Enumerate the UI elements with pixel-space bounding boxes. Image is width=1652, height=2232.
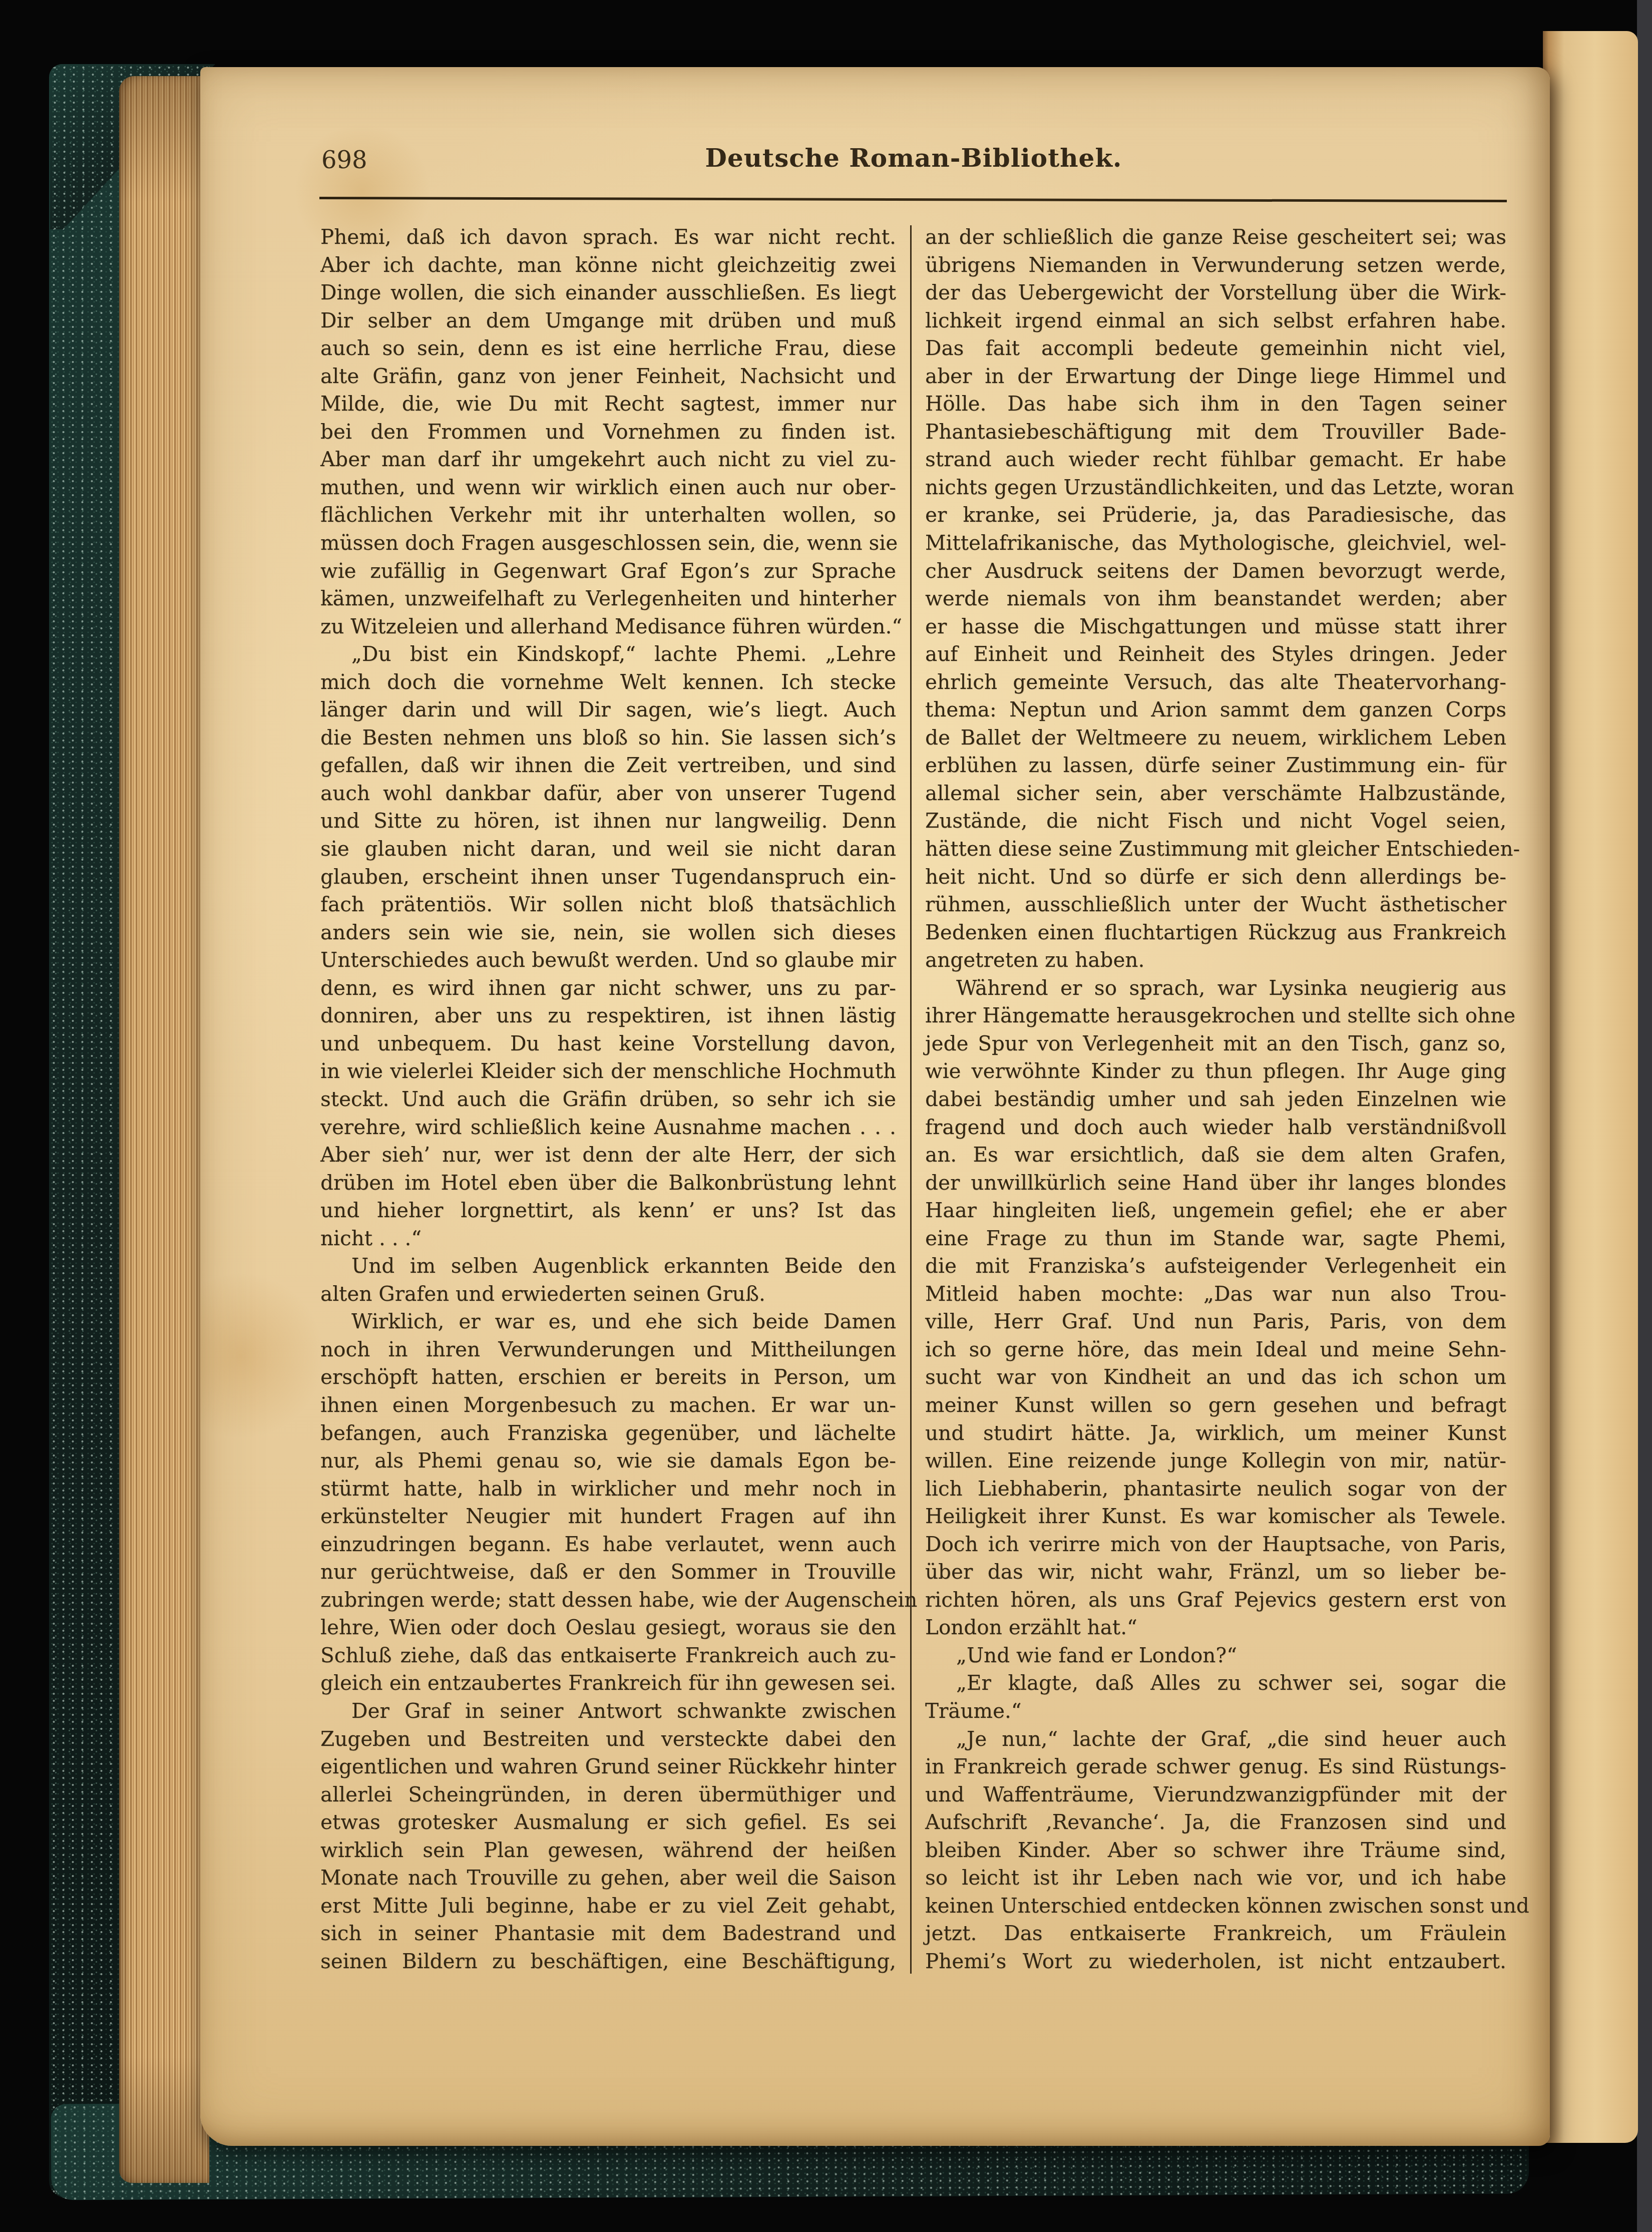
text-line: bei den Frommen und Vornehmen zu finden …: [320, 418, 896, 446]
text-line: anders sein wie sie, nein, sie wollen si…: [320, 919, 896, 947]
text-line: cher Ausdruck seitens der Damen bevorzug…: [925, 557, 1506, 585]
text-line: nichts gegen Urzuständlichkeiten, und da…: [925, 474, 1506, 502]
text-line: an der schließlich die ganze Reise gesch…: [925, 223, 1506, 251]
text-line: gleich ein entzaubertes Frankreich für i…: [320, 1669, 896, 1697]
text-line: erkünstelter Neugier mit hundert Fragen …: [320, 1503, 896, 1531]
text-line: glauben, erscheint ihnen unser Tugendans…: [320, 863, 896, 891]
text-line: werde niemals von ihm beanstandet werden…: [925, 585, 1506, 613]
text-line: alte Gräfin, ganz von jener Feinheit, Na…: [320, 362, 896, 391]
text-line: an. Es war ersichtlich, daß sie dem alte…: [925, 1141, 1506, 1169]
text-line: aber in der Erwartung der Dinge liege Hi…: [925, 362, 1506, 391]
text-line: wie verwöhnte Kinder zu thun pflegen. Ih…: [925, 1057, 1506, 1085]
text-line: drüben im Hotel eben über die Balkonbrüs…: [320, 1169, 896, 1197]
text-line: Phemi’s Wort zu wiederholen, ist nicht e…: [925, 1948, 1506, 1976]
text-line: rühmen, ausschließlich unter der Wucht ä…: [925, 891, 1506, 919]
text-line: allerlei Scheingründen, in deren übermüt…: [320, 1781, 896, 1809]
text-line: jetzt. Das entkaiserte Frankreich, um Fr…: [925, 1920, 1506, 1948]
text-line: verehre, wird schließlich keine Ausnahme…: [320, 1113, 896, 1142]
text-line: willen. Eine reizende junge Kollegin von…: [925, 1447, 1506, 1475]
text-line: befangen, auch Franziska gegenüber, und …: [320, 1419, 896, 1447]
text-line: richten hören, als uns Graf Pejevics ges…: [925, 1586, 1506, 1614]
text-line: er hasse die Mischgattungen und müsse st…: [925, 613, 1506, 641]
text-line: übrigens Niemanden in Verwunderung setze…: [925, 251, 1506, 279]
text-line: thema: Neptun und Arion sammt dem ganzen…: [925, 696, 1506, 724]
text-line: Haar hingleiten ließ, ungemein gefiel; e…: [925, 1197, 1506, 1225]
text-line: in Frankreich gerade schwer genug. Es si…: [925, 1753, 1506, 1781]
header-rule: [319, 197, 1507, 202]
text-line: „Er klagte, daß Alles zu schwer sei, sog…: [925, 1669, 1506, 1697]
text-line: einzudringen begann. Es habe verlautet, …: [320, 1531, 896, 1559]
text-line: sucht war von Kindheit an und das ich sc…: [925, 1363, 1506, 1391]
text-line: Mitleid haben mochte: „Das war nun also …: [925, 1280, 1506, 1308]
text-line: eigentlichen und wahren Grund seiner Rüc…: [320, 1753, 896, 1781]
text-line: muthen, und wenn wir wirklich einen auch…: [320, 474, 896, 502]
text-line: und studirt hätte. Ja, wirklich, um mein…: [925, 1419, 1506, 1447]
text-column-left: Phemi, daß ich davon sprach. Es war nich…: [320, 223, 896, 1977]
text-line: zu Witzeleien und allerhand Medisance fü…: [320, 613, 896, 641]
text-line: auch wohl dankbar dafür, aber von unsere…: [320, 780, 896, 808]
text-line: kämen, unzweifelhaft zu Verlegenheiten u…: [320, 585, 896, 613]
text-line: die Besten nehmen uns bloß so hin. Sie l…: [320, 724, 896, 752]
text-line: der unwillkürlich seine Hand über ihr la…: [925, 1169, 1506, 1197]
text-line: Phemi, daß ich davon sprach. Es war nich…: [320, 223, 896, 251]
text-line: „Je nun,“ lachte der Graf, „die sind heu…: [925, 1725, 1506, 1753]
text-line: keinen Unterschied entdecken können zwis…: [925, 1892, 1506, 1920]
text-line: in wie vielerlei Kleider sich der mensch…: [320, 1057, 896, 1085]
scan-right-edge-strip: [1637, 0, 1652, 2232]
text-line: Doch ich verirre mich von der Hauptsache…: [925, 1531, 1506, 1559]
text-line: denn, es wird ihnen gar nicht schwer, un…: [320, 974, 896, 1002]
column-divider-rule: [910, 225, 912, 1974]
book-cover-spine: [49, 64, 127, 2198]
text-line: so leicht ist ihr Leben nach wie vor, un…: [925, 1864, 1506, 1892]
text-line: lehre, Wien oder doch Oeslau gesiegt, wo…: [320, 1614, 896, 1642]
text-line: stürmt hatte, halb in wirklicher und meh…: [320, 1475, 896, 1503]
text-line: Hölle. Das habe sich ihm in den Tagen se…: [925, 390, 1506, 418]
text-line: noch in ihren Verwunderungen und Mitthei…: [320, 1336, 896, 1364]
text-line: sie glauben nicht daran, und weil sie ni…: [320, 835, 896, 863]
text-line: Mittelafrikanische, das Mythologische, g…: [925, 529, 1506, 557]
text-line: Zustände, die nicht Fisch und nicht Voge…: [925, 807, 1506, 835]
text-line: Der Graf in seiner Antwort schwankte zwi…: [320, 1697, 896, 1725]
text-line: wie zufällig in Gegenwart Graf Egon’s zu…: [320, 557, 896, 585]
text-line: fach prätentiös. Wir sollen nicht bloß t…: [320, 891, 896, 919]
text-line: erblühen zu lassen, dürfe seiner Zustimm…: [925, 752, 1506, 780]
text-line: nur gerüchtweise, daß er den Sommer in T…: [320, 1558, 896, 1586]
text-line: Unterschiedes auch bewußt werden. Und so…: [320, 946, 896, 974]
text-line: meiner Kunst willen so gern gesehen und …: [925, 1391, 1506, 1419]
text-line: ihrer Hängematte herausgekrochen und ste…: [925, 1002, 1506, 1030]
text-line: nur, als Phemi genau so, wie sie damals …: [320, 1447, 896, 1475]
text-line: ich so gerne höre, das mein Ideal und me…: [925, 1336, 1506, 1364]
text-line: Das fait accompli bedeute gemeinhin nich…: [925, 334, 1506, 362]
text-line: donniren, aber uns zu respektiren, ist i…: [320, 1002, 896, 1030]
text-line: mich doch die vornehme Welt kennen. Ich …: [320, 668, 896, 696]
text-line: länger darin und will Dir sagen, wie’s l…: [320, 696, 896, 724]
text-line: Milde, die, wie Du mit Recht sagtest, im…: [320, 390, 896, 418]
text-line: und Sitte zu hören, ist ihnen nur langwe…: [320, 807, 896, 835]
journal-title: Deutsche Roman-Bibliothek.: [320, 143, 1507, 173]
text-line: Heiligkeit ihrer Kunst. Es war komischer…: [925, 1503, 1506, 1531]
text-line: heit nicht. Und so dürfe er sich denn al…: [925, 863, 1506, 891]
text-line: und hieher lorgnettirt, als kenn’ er uns…: [320, 1197, 896, 1225]
text-line: dabei beständig umher und sah jeden Einz…: [925, 1085, 1506, 1113]
text-line: und unbequem. Du hast keine Vorstellung …: [320, 1030, 896, 1058]
text-column-right: an der schließlich die ganze Reise gesch…: [925, 223, 1506, 1977]
text-columns: Phemi, daß ich davon sprach. Es war nich…: [320, 223, 1507, 1977]
text-line: ihnen einen Morgenbesuch zu machen. Er w…: [320, 1391, 896, 1419]
text-line: die mit Franziska’s aufsteigender Verleg…: [925, 1252, 1506, 1280]
text-line: „Und wie fand er London?“: [925, 1642, 1506, 1670]
text-line: fragend und doch auch wieder halb verstä…: [925, 1113, 1506, 1142]
text-line: Schluß ziehe, daß das entkaiserte Frankr…: [320, 1642, 896, 1670]
text-line: angetreten zu haben.: [925, 946, 1506, 974]
text-line: müssen doch Fragen ausgeschlossen sein, …: [320, 529, 896, 557]
text-line: ville, Herr Graf. Und nun Paris, Paris, …: [925, 1308, 1506, 1336]
text-line: nicht . . .“: [320, 1225, 896, 1253]
text-line: erst Mitte Juli beginne, habe er zu viel…: [320, 1892, 896, 1920]
fanned-page-edges: [119, 76, 209, 2183]
text-line: bleiben Kinder. Aber so schwer ihre Träu…: [925, 1836, 1506, 1865]
text-line: hätten diese seine Zustimmung mit gleich…: [925, 835, 1506, 863]
text-line: strand auch wieder recht fühlbar gemacht…: [925, 446, 1506, 474]
text-line: alten Grafen und erwiederten seinen Gruß…: [320, 1280, 896, 1308]
text-line: zubringen werde; statt dessen habe, wie …: [320, 1586, 896, 1614]
text-line: und Waffenträume, Vierundzwanzigpfünder …: [925, 1781, 1506, 1809]
text-line: Bedenken einen fluchtartigen Rückzug aus…: [925, 919, 1506, 947]
text-line: erschöpft hatten, erschien er bereits in…: [320, 1363, 896, 1391]
text-line: „Du bist ein Kindskopf,“ lachte Phemi. „…: [320, 640, 896, 668]
text-line: Phantasiebeschäftigung mit dem Trouville…: [925, 418, 1506, 446]
text-line: der das Uebergewicht der Vorstellung übe…: [925, 279, 1506, 307]
text-line: Aber sieh’ nur, wer ist denn der alte He…: [320, 1141, 896, 1169]
text-line: eine Frage zu thun im Stande war, sagte …: [925, 1225, 1506, 1253]
text-line: Während er so sprach, war Lysinka neugie…: [925, 974, 1506, 1002]
text-line: Zugeben und Bestreiten und versteckte da…: [320, 1725, 896, 1753]
text-line: sich in seiner Phantasie mit dem Badestr…: [320, 1920, 896, 1948]
text-line: über das wir, nicht wahr, Fränzl, um so …: [925, 1558, 1506, 1586]
text-line: seinen Bildern zu beschäftigen, eine Bes…: [320, 1948, 896, 1976]
text-line: auch so sein, denn es ist eine herrliche…: [320, 334, 896, 362]
facing-page-gutter: [1543, 31, 1638, 2143]
text-line: Dir selber an dem Umgange mit drüben und…: [320, 307, 896, 335]
text-line: Wirklich, er war es, und ehe sich beide …: [320, 1308, 896, 1336]
text-line: auf Einheit und Reinheit des Styles drin…: [925, 640, 1506, 668]
text-line: Aber man darf ihr umgekehrt auch nicht z…: [320, 446, 896, 474]
text-line: Dinge wollen, die sich einander ausschli…: [320, 279, 896, 307]
text-line: jede Spur von Verlegenheit mit an den Ti…: [925, 1030, 1506, 1058]
text-line: ehrlich gemeinte Versuch, das alte Theat…: [925, 668, 1506, 696]
photographed-book-scan: { "header": { "page_number": "698", "jou…: [0, 0, 1652, 2232]
text-line: er kranke, sei Prüderie, ja, das Paradie…: [925, 501, 1506, 529]
text-line: gefallen, daß wir ihnen die Zeit vertrei…: [320, 752, 896, 780]
text-line: London erzählt hat.“: [925, 1614, 1506, 1642]
text-line: lichkeit irgend einmal an sich selbst er…: [925, 307, 1506, 335]
text-line: allemal sicher sein, aber verschämte Hal…: [925, 780, 1506, 808]
text-line: Und im selben Augenblick erkannten Beide…: [320, 1252, 896, 1280]
text-line: Aufschrift ‚Revanche‘. Ja, die Franzosen…: [925, 1808, 1506, 1836]
text-line: Aber ich dachte, man könne nicht gleichz…: [320, 251, 896, 279]
text-line: etwas grotesker Ausmalung er sich gefiel…: [320, 1808, 896, 1836]
text-line: lich Liebhaberin, phantasirte neulich so…: [925, 1475, 1506, 1503]
text-line: steckt. Und auch die Gräfin drüben, so s…: [320, 1085, 896, 1113]
text-line: de Ballet der Weltmeere zu neuem, wirkli…: [925, 724, 1506, 752]
text-line: wirklich sein Plan gewesen, während der …: [320, 1836, 896, 1865]
text-line: Träume.“: [925, 1697, 1506, 1725]
book-page: 698 Deutsche Roman-Bibliothek. Phemi, da…: [200, 67, 1550, 2146]
text-line: flächlichen Verkehr mit ihr unterhalten …: [320, 501, 896, 529]
text-line: Monate nach Trouville zu gehen, aber wei…: [320, 1864, 896, 1892]
